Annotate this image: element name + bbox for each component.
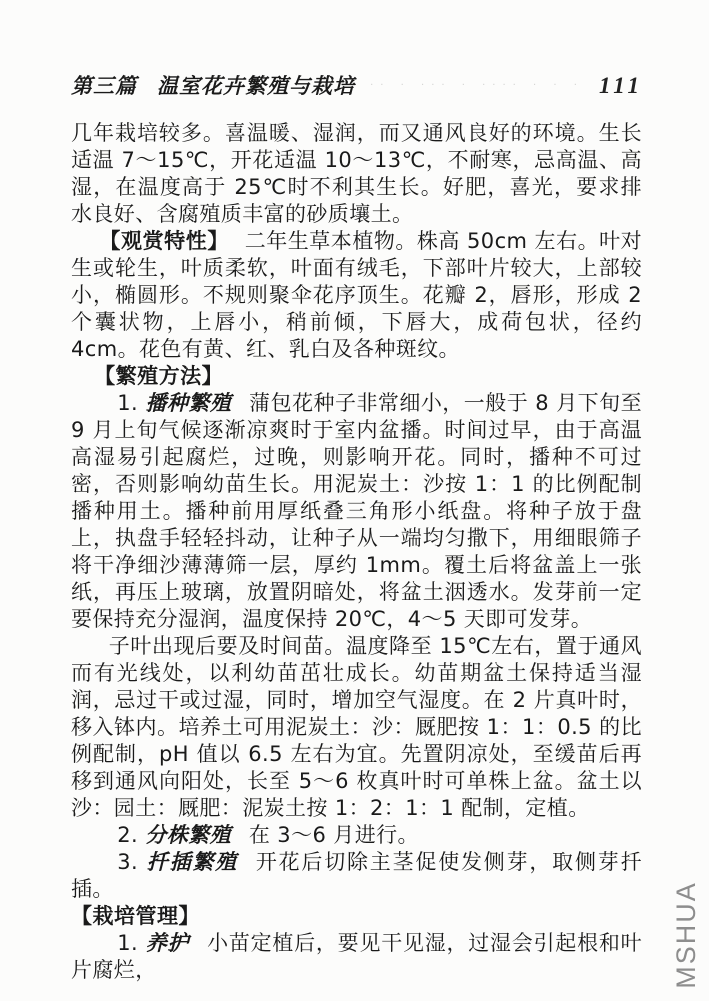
numbered-item: 2.分株繁殖在 3～6 月进行。 [71, 822, 642, 849]
body-paragraph: 几年栽培较多。喜温暖、湿润，而又通风良好的环境。生长适温 7～15℃，开花适温 … [71, 120, 642, 228]
page-header: 第三篇 温室花卉繁殖与栽培 ·· · ··· · ···· · · · 111 [71, 70, 643, 100]
bleedthrough-marks: ·· · ··· · ···· · · · [355, 80, 599, 91]
section-heading: 【繁殖方法】 [71, 363, 642, 390]
numbered-item: 3.扦插繁殖开花后切除主茎促使发侧芽，取侧芽扦插。 [71, 849, 642, 903]
part-label: 第三篇 [71, 70, 137, 100]
page-content: 几年栽培较多。喜温暖、湿润，而又通风良好的环境。生长适温 7～15℃，开花适温 … [71, 120, 642, 984]
numbered-item: 1.播种繁殖蒲包花种子非常细小，一般于 8 月下旬至 9 月上旬气候逐渐凉爽时于… [71, 390, 642, 633]
book-page: 第三篇 温室花卉繁殖与栽培 ·· · ··· · ···· · · · 111 … [0, 0, 709, 1001]
watermark: MSHUA [671, 880, 705, 990]
body-paragraph: 子叶出现后要及时间苗。温度降至 15℃左右，置于通风而有光线处，以利幼苗茁壮成长… [71, 633, 642, 822]
page-number: 111 [599, 73, 643, 99]
section-heading: 【栽培管理】 [71, 903, 642, 930]
numbered-item: 1.养护小苗定植后，要见干见湿，过湿会引起根和叶片腐烂， [71, 930, 642, 984]
section-paragraph: 【观赏特性】二年生草本植物。株高 50cm 左右。叶对生或轮生，叶质柔软，叶面有… [71, 228, 642, 363]
book-title: 温室花卉繁殖与栽培 [157, 70, 355, 100]
